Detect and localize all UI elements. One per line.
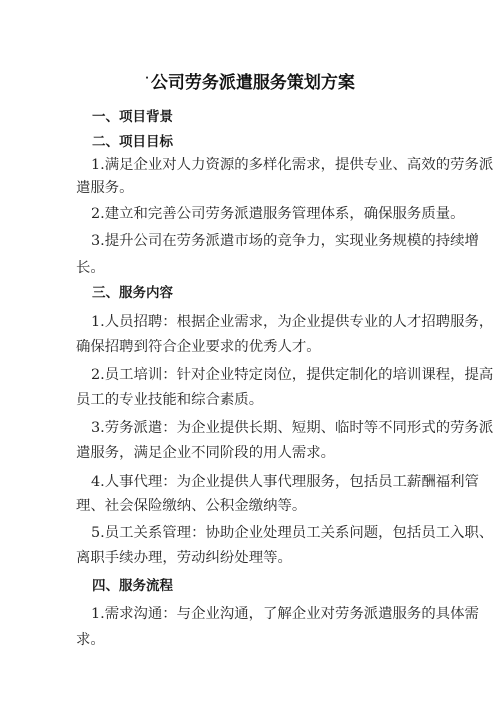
section-heading-services: 三、服务内容 — [92, 283, 173, 303]
paragraph-line: 求。 — [76, 630, 426, 650]
paragraph-line: 2.员工培训：针对企业特定岗位，提供定制化的培训课程，提高 — [91, 365, 441, 385]
title-marker: · — [145, 66, 149, 92]
paragraph-line: 离职手续办理，劳动纠纷处理等。 — [76, 548, 426, 568]
paragraph-line: 4.人事代理：为企业提供人事代理服务，包括员工薪酬福利管 — [91, 472, 441, 492]
document-page: ·公司劳务派遣服务策划方案 一、项目背景 二、项目目标 1.满足企业对人力资源的… — [0, 0, 500, 707]
paragraph-line: 2.建立和完善公司劳务派遣服务管理体系，确保服务质量。 — [91, 204, 441, 224]
paragraph-line: 理、社会保险缴纳、公积金缴纳等。 — [76, 496, 426, 516]
document-title: ·公司劳务派遣服务策划方案 — [0, 70, 500, 96]
paragraph-line: 员工的专业技能和综合素质。 — [76, 390, 426, 410]
paragraph-line: 3.提升公司在劳务派遣市场的竞争力，实现业务规模的持续增 — [91, 231, 441, 251]
section-heading-background: 一、项目背景 — [92, 107, 173, 127]
paragraph-line: 1.需求沟通：与企业沟通，了解企业对劳务派遣服务的具体需 — [91, 604, 441, 624]
paragraph-line: 确保招聘到符合企业要求的优秀人才。 — [76, 337, 426, 357]
title-text: 公司劳务派遣服务策划方案 — [151, 73, 355, 93]
section-heading-process: 四、服务流程 — [92, 576, 173, 596]
paragraph-line: 5.员工关系管理：协助企业处理员工关系问题，包括员工入职、 — [91, 523, 441, 543]
paragraph-line: 遣服务，满足企业不同阶段的用人需求。 — [76, 443, 426, 463]
paragraph-line: 3.劳务派遣：为企业提供长期、短期、临时等不同形式的劳务派 — [91, 418, 441, 438]
paragraph-line: 1.人员招聘：根据企业需求，为企业提供专业的人才招聘服务， — [91, 312, 441, 332]
paragraph-line: 长。 — [76, 258, 426, 278]
section-heading-goals: 二、项目目标 — [92, 132, 173, 152]
paragraph-line: 1.满足企业对人力资源的多样化需求，提供专业、高效的劳务派 — [91, 155, 441, 175]
paragraph-line: 遣服务。 — [76, 178, 426, 198]
